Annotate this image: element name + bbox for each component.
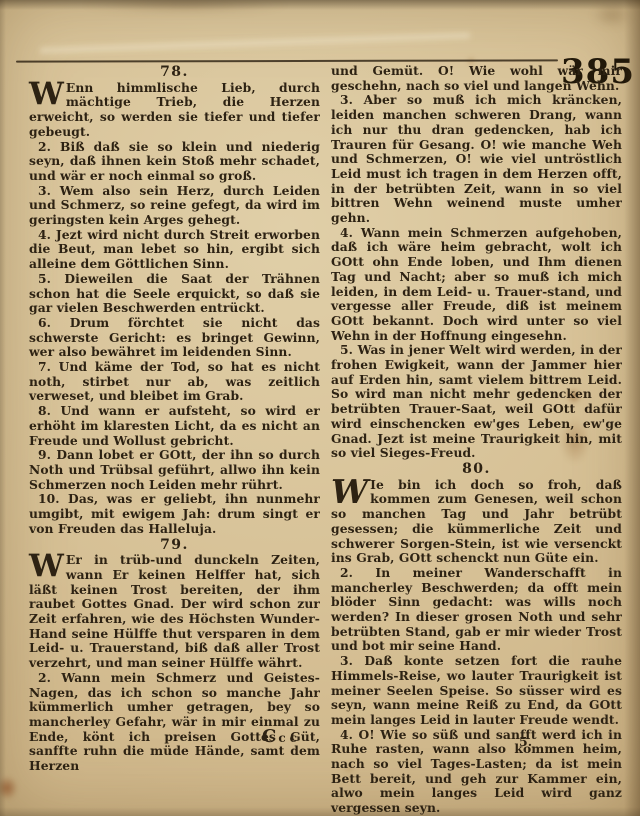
verse: 8. Und wann er aufsteht, so wird er erhö… bbox=[29, 404, 320, 448]
verse: WEr in trüb-und dunckeln Zeiten, wann Er… bbox=[29, 553, 320, 671]
section-heading: 78. bbox=[29, 65, 320, 80]
drop-cap-initial: W bbox=[29, 81, 66, 107]
verse: 5. Dieweilen die Saat der Trähnen schon … bbox=[29, 272, 320, 316]
printer-signature: Ccc bbox=[262, 726, 301, 747]
text-block: 78.WEnn himmlische Lieb, durch mächtige … bbox=[29, 64, 623, 816]
book-page-scan: 385 78.WEnn himmlische Lieb, durch mächt… bbox=[0, 0, 640, 816]
catchword: 5. bbox=[519, 734, 532, 749]
drop-cap-initial: W bbox=[331, 478, 370, 504]
section-heading: 80. bbox=[331, 462, 622, 477]
verse: WEnn himmlische Lieb, durch mächtige Tri… bbox=[29, 81, 320, 140]
verse: 9. Dann lobet er GOtt, der ihn so durch … bbox=[29, 448, 320, 492]
section-heading: 79. bbox=[29, 538, 320, 553]
paper-crease bbox=[40, 32, 470, 53]
verse: 4. Wann mein Schmerzen aufgehoben, daß i… bbox=[331, 226, 622, 344]
right-column: und Gemüt. O! Wie wohl wär mir geschehn,… bbox=[331, 64, 622, 816]
scan-edge-left bbox=[0, 0, 6, 816]
verse: 2. Biß daß sie so klein und niederig sey… bbox=[29, 140, 320, 184]
left-column: 78.WEnn himmlische Lieb, durch mächtige … bbox=[29, 64, 320, 816]
verse-continuation: und Gemüt. O! Wie wohl wär mir geschehn,… bbox=[331, 64, 622, 93]
verse: 2. Wann mein Schmerz und Geistes-Nagen, … bbox=[29, 671, 320, 774]
verse: 7. Und käme der Tod, so hat es nicht not… bbox=[29, 360, 320, 404]
verse: 6. Drum förchtet sie nicht das schwerste… bbox=[29, 316, 320, 360]
scan-edge-bottom bbox=[0, 807, 640, 816]
verse: 3. Wem also sein Herz, durch Leiden und … bbox=[29, 184, 320, 228]
drop-cap-initial: W bbox=[29, 553, 66, 579]
verse: 3. Aber so muß ich mich kräncken, leiden… bbox=[331, 93, 622, 225]
verse: 4. O! Wie so süß und sanfft werd ich in … bbox=[331, 728, 622, 816]
verse: 3. Daß konte setzen fort die rauhe Himme… bbox=[331, 654, 622, 728]
scan-edge-right bbox=[624, 0, 640, 816]
verse: 2. In meiner Wanderschafft in mancherley… bbox=[331, 566, 622, 654]
verse: 10. Das, was er geliebt, ihn nunmehr umg… bbox=[29, 492, 320, 536]
scan-edge-top bbox=[0, 0, 640, 10]
stray-ink-mark: 1 bbox=[570, 730, 577, 741]
verse: WIe bin ich doch so froh, daß kommen zum… bbox=[331, 478, 622, 566]
verse: 5. Was in jener Welt wird werden, in der… bbox=[331, 343, 622, 461]
verse: 4. Jezt wird nicht durch Streit erworben… bbox=[29, 228, 320, 272]
